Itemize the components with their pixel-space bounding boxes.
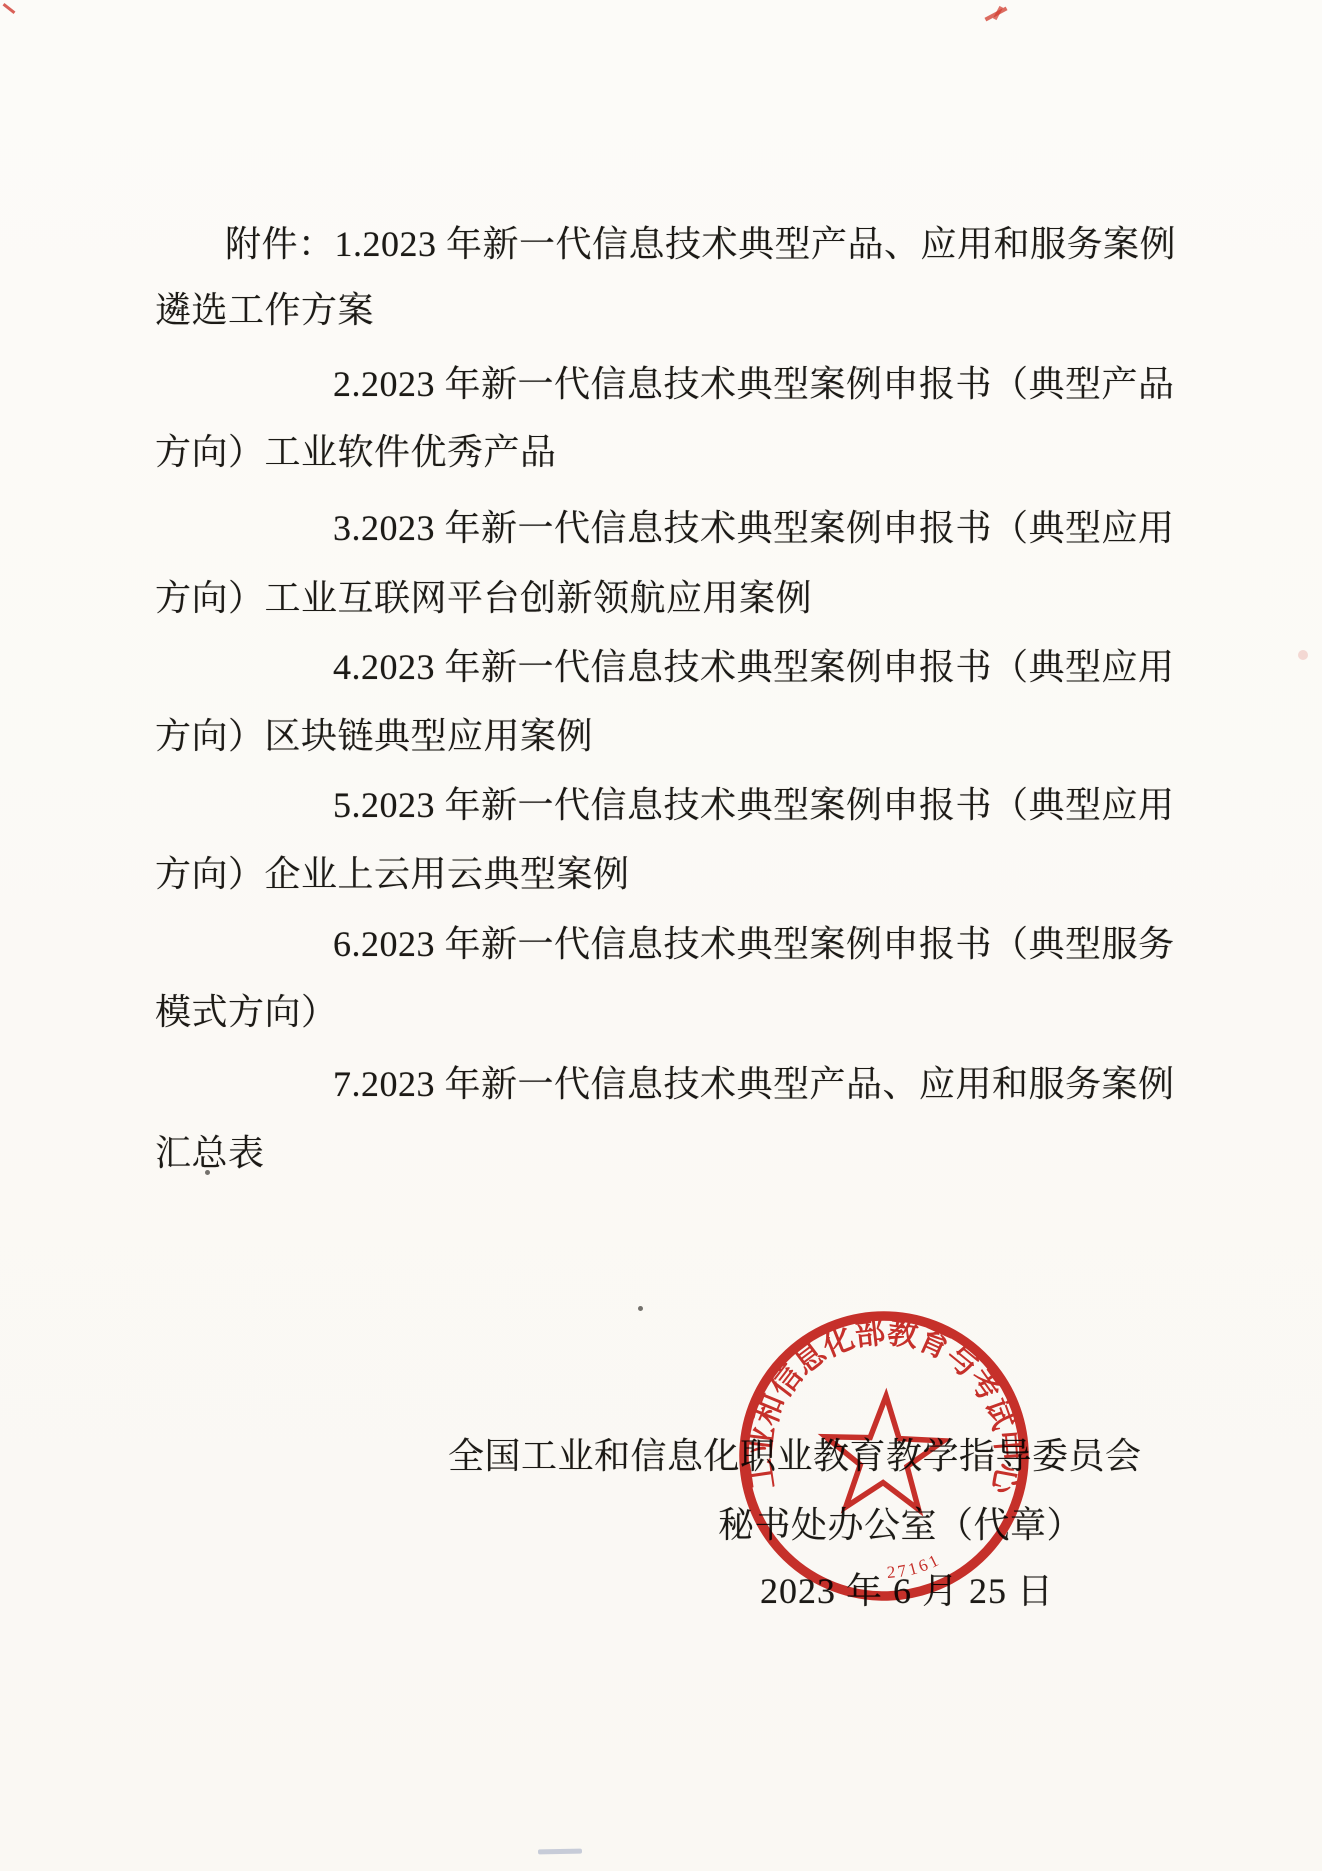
scan-artifact-blue-dash: [538, 1849, 582, 1855]
attachment-line-4-cont: 方向）区块链典型应用案例: [155, 714, 593, 758]
attachment-line-7: 7.2023 年新一代信息技术典型产品、应用和服务案例: [333, 1062, 1175, 1106]
official-seal: 工业和信息化部教育与考试中心 27161: [729, 1301, 1039, 1611]
attachment-line-1: 附件：1.2023 年新一代信息技术典型产品、应用和服务案例: [225, 222, 1176, 266]
star-icon: [823, 1394, 945, 1510]
attachment-line-6-cont: 模式方向）: [155, 990, 338, 1034]
attachment-line-5: 5.2023 年新一代信息技术典型案例申报书（典型应用: [333, 783, 1175, 827]
attachment-line-3-cont: 方向）工业互联网平台创新领航应用案例: [155, 576, 812, 620]
attachment-line-3: 3.2023 年新一代信息技术典型案例申报书（典型应用: [333, 506, 1175, 550]
attachment-line-7-cont: 汇总表: [155, 1131, 265, 1175]
svg-text:27161: 27161: [885, 1548, 944, 1584]
attachment-line-6: 6.2023 年新一代信息技术典型案例申报书（典型服务: [333, 922, 1175, 966]
scan-artifact-dot: [638, 1306, 643, 1311]
scan-artifact-dot: [205, 1170, 210, 1175]
seal-ring: [739, 1311, 1029, 1601]
document-page: 附件：1.2023 年新一代信息技术典型产品、应用和服务案例 遴选工作方案 2.…: [0, 0, 1322, 1871]
attachment-line-2: 2.2023 年新一代信息技术典型案例申报书（典型产品: [333, 362, 1175, 406]
seal-arc-text: 工业和信息化部教育与考试中心: [740, 1308, 1032, 1501]
attachment-line-5-cont: 方向）企业上云用云典型案例: [155, 852, 630, 896]
attachment-line-2-cont: 方向）工业软件优秀产品: [155, 430, 557, 474]
scan-artifact-red-smudge: [1298, 650, 1308, 660]
scan-artifact-red-mark: [3, 3, 16, 14]
attachment-line-4: 4.2023 年新一代信息技术典型案例申报书（典型应用: [333, 645, 1175, 689]
svg-text:工业和信息化部教育与考试中心: 工业和信息化部教育与考试中心: [740, 1308, 1032, 1501]
seal-serial-number: 27161: [885, 1548, 944, 1584]
attachment-line-1-cont: 遴选工作方案: [155, 288, 374, 332]
